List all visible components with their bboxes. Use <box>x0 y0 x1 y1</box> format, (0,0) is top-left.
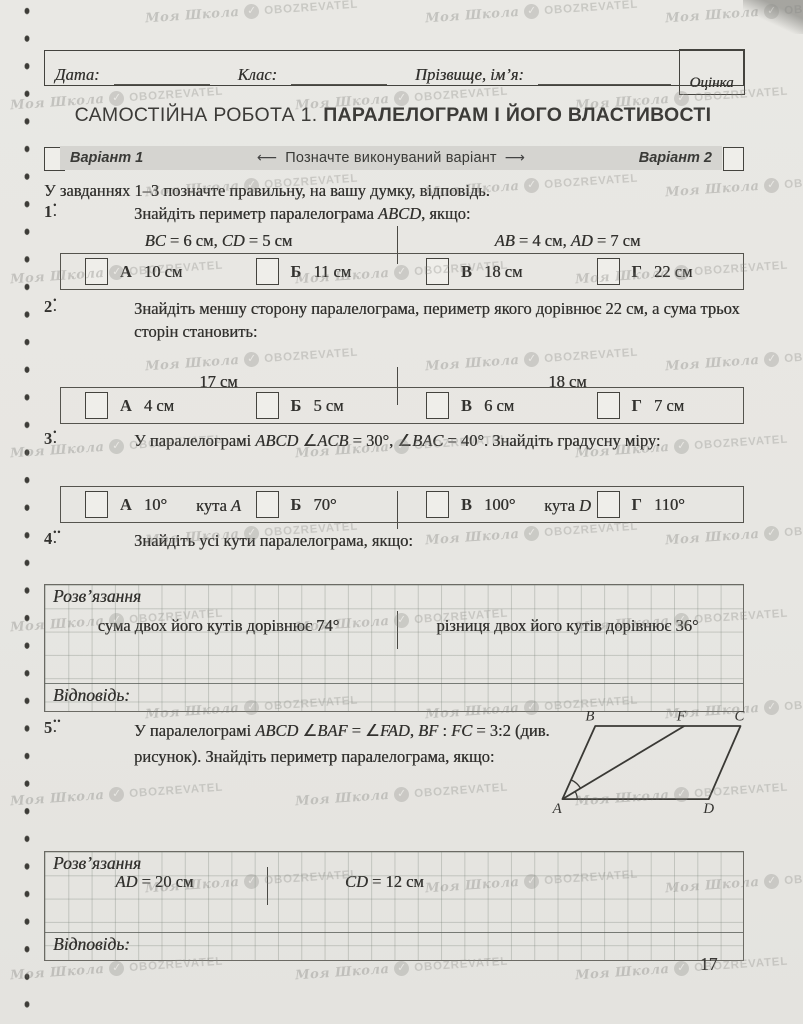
problem-4-number: 4••. <box>44 529 62 548</box>
worksheet-page: Дата: Клас: Прізвище, ім’я: Оцінка САМОС… <box>0 0 803 1024</box>
vertex-label-d: D <box>702 801 714 814</box>
answer-checkbox[interactable] <box>256 491 279 518</box>
answer-checkbox[interactable] <box>256 392 279 419</box>
answer-option: Г22 см <box>573 254 744 289</box>
problem-4-text: Знайдіть усі кути паралелограма, якщо: <box>134 529 784 552</box>
name-label: Прізвище, ім’я: <box>415 65 524 85</box>
class-line[interactable] <box>291 70 387 85</box>
problem-3: 3•. У паралелограмі ABCD ∠ACB = 30°, ∠BA… <box>44 429 57 449</box>
answer-option: В100° <box>402 487 573 522</box>
vertex-label-b: B <box>585 709 594 725</box>
problem-5-text: У паралелограмі ABCD ∠BAF = ∠FAD, BF : F… <box>134 718 586 770</box>
answer-checkbox[interactable] <box>597 258 620 285</box>
vertex-label-c: C <box>734 709 745 725</box>
class-label: Клас: <box>238 65 277 85</box>
problem-2-answers: А4 см Б5 см В6 см Г7 см <box>60 387 744 424</box>
problem-1-number: 1•. <box>44 202 57 221</box>
variant-instruction: ⟵Позначте виконуваний варіант⟶ <box>143 150 639 166</box>
answer-option: Б5 см <box>232 388 403 423</box>
answer-checkbox[interactable] <box>597 392 620 419</box>
arrow-right-icon: ⟶ <box>497 150 533 166</box>
name-line[interactable] <box>538 70 671 85</box>
answer-checkbox[interactable] <box>597 491 620 518</box>
variant2-checkbox[interactable] <box>723 147 744 171</box>
answer-checkbox[interactable] <box>85 491 108 518</box>
answer-option: Б70° <box>232 487 403 522</box>
page-title: САМОСТІЙНА РОБОТА 1. ПАРАЛЕЛОГРАМ І ЙОГО… <box>44 104 742 127</box>
problem-2-text: Знайдіть меншу сторону паралелограма, пе… <box>134 297 784 343</box>
parallelogram-figure: B F C A D <box>545 708 777 814</box>
answer-label: Відповідь: <box>53 685 130 706</box>
arrow-left-icon: ⟵ <box>249 150 285 166</box>
solution-label: Розв’язання <box>53 586 141 607</box>
vertex-label-a: A <box>552 801 563 814</box>
problem-1-answers: А10 см Б11 см В18 см Г22 см <box>60 253 744 290</box>
problem-5: 5••. У паралелограмі ABCD ∠BAF = ∠FAD, B… <box>44 718 62 738</box>
answer-option: Б11 см <box>232 254 403 289</box>
page-number: 17 <box>700 954 718 975</box>
answer-option: А4 см <box>61 388 232 423</box>
problem-5-solution-area[interactable]: Розв’язання Відповідь: <box>44 851 744 961</box>
problem-2: 2•. Знайдіть меншу сторону паралелограма… <box>44 297 57 317</box>
answer-option: А10 см <box>61 254 232 289</box>
problem-3-text: У паралелограмі ABCD ∠ACB = 30°, ∠BAC = … <box>134 429 784 452</box>
grade-label: Оцінка <box>690 75 734 94</box>
date-line[interactable] <box>114 70 210 85</box>
answer-option: Г110° <box>573 487 744 522</box>
problem-1-conditions: BC = 6 см, CD = 5 см AB = 4 см, AD = 7 с… <box>44 231 742 251</box>
vertex-label-f: F <box>676 709 687 725</box>
date-label: Дата: <box>55 65 100 85</box>
answer-row[interactable]: Відповідь: <box>45 683 743 711</box>
grade-box: Оцінка <box>679 49 745 95</box>
problem-4: 4••. Знайдіть усі кути паралелограма, як… <box>44 529 62 549</box>
variant1-label: Варіант 1 <box>60 150 143 166</box>
problem-1-variant2-condition: AB = 4 см, AD = 7 см <box>393 231 742 251</box>
intro-text: У завданнях 1–3 позначте правильну, на в… <box>44 179 490 202</box>
answer-row[interactable]: Відповідь: <box>45 932 743 960</box>
answer-checkbox[interactable] <box>256 258 279 285</box>
problem-3-number: 3•. <box>44 429 57 448</box>
problem-5-number: 5••. <box>44 718 62 737</box>
variant-bar: Варіант 1 ⟵Позначте виконуваний варіант⟶… <box>60 146 722 170</box>
answer-option: В6 см <box>402 388 573 423</box>
answer-checkbox[interactable] <box>426 491 449 518</box>
answer-checkbox[interactable] <box>426 258 449 285</box>
answer-checkbox[interactable] <box>426 392 449 419</box>
answer-option: Г7 см <box>573 388 744 423</box>
problem-3-answers: А10° Б70° В100° Г110° <box>60 486 744 523</box>
angle-arc <box>575 792 577 800</box>
problem-1-text: Знайдіть периметр паралелограма ABCD, як… <box>134 202 774 225</box>
answer-label: Відповідь: <box>53 934 130 955</box>
variant2-label: Варіант 2 <box>639 150 722 166</box>
header-box: Дата: Клас: Прізвище, ім’я: Оцінка <box>44 50 744 86</box>
solution-label: Розв’язання <box>53 853 141 874</box>
answer-checkbox[interactable] <box>85 392 108 419</box>
answer-checkbox[interactable] <box>85 258 108 285</box>
problem-2-number: 2•. <box>44 297 57 316</box>
angle-arc <box>571 780 580 788</box>
problem-4-solution-area[interactable]: Розв’язання Відповідь: <box>44 584 744 712</box>
answer-option: В18 см <box>402 254 573 289</box>
problem-1: 1•. Знайдіть периметр паралелограма ABCD… <box>44 202 57 222</box>
problem-1-variant1-condition: BC = 6 см, CD = 5 см <box>44 231 393 251</box>
answer-option: А10° <box>61 487 232 522</box>
